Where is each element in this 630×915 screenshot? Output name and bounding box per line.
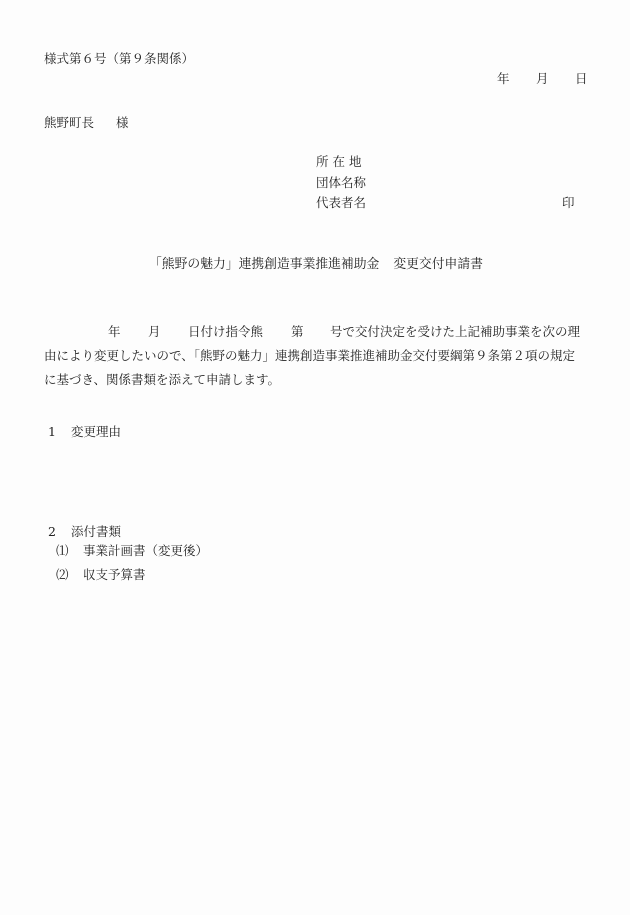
- attachment-item: ⑵収支予算書: [56, 569, 146, 582]
- applicant-org-row: 団体名称: [316, 177, 586, 198]
- section-heading: 変更理由: [71, 424, 121, 439]
- title-main: 「熊野の魅力」連携創造事業推進補助金: [149, 257, 379, 272]
- section-attachments: 2添付書類: [48, 526, 121, 539]
- applicant-block: 所 在 地 団体名称 代表者名 印: [316, 156, 586, 218]
- body-day-ref: 日付け指令熊: [188, 320, 291, 344]
- addressee-name: 熊野町長: [44, 115, 94, 130]
- attachment-label: 収支予算書: [83, 567, 146, 582]
- document-title: 「熊野の魅力」連携創造事業推進補助金変更交付申請書: [149, 259, 483, 272]
- body-number-prefix: 第: [291, 320, 330, 344]
- title-sub: 変更交付申請書: [393, 257, 483, 272]
- section-change-reason: 1変更理由: [48, 426, 121, 439]
- body-line-1: 年月日付け指令熊第号で交付決定を受けた上記補助事業を次の理: [44, 320, 592, 344]
- date-line: 年月日: [497, 73, 588, 86]
- body-line-2: 由により変更したいので、「熊野の魅力」連携創造事業推進補助金交付要綱第９条第２項…: [44, 344, 592, 368]
- seal-mark: 印: [562, 197, 575, 210]
- body-line-3: に基づき、関係書類を添えて申請します。: [44, 368, 592, 392]
- section-number: 2: [48, 526, 71, 539]
- attachment-number: ⑵: [56, 569, 83, 582]
- section-heading: 添付書類: [71, 524, 121, 539]
- org-name-label: 団体名称: [316, 175, 366, 190]
- applicant-representative-row: 代表者名 印: [316, 197, 586, 218]
- body-rest: 号で交付決定を受けた上記補助事業を次の理: [330, 320, 580, 344]
- date-day-label: 日: [575, 73, 588, 86]
- addressee: 熊野町長様: [44, 117, 129, 130]
- applicant-address-row: 所 在 地: [316, 156, 586, 177]
- section-number: 1: [48, 426, 71, 439]
- body-month: 月: [148, 320, 188, 344]
- attachment-number: ⑴: [56, 545, 83, 558]
- representative-label: 代表者名: [316, 195, 366, 210]
- attachment-label: 事業計画書（変更後）: [83, 543, 208, 558]
- address-label: 所 在 地: [316, 154, 361, 169]
- date-month-label: 月: [536, 73, 575, 86]
- addressee-honorific: 様: [116, 115, 129, 130]
- attachment-item: ⑴事業計画書（変更後）: [56, 545, 208, 558]
- form-number: 様式第６号（第９条関係）: [44, 53, 194, 66]
- body-paragraph: 年月日付け指令熊第号で交付決定を受けた上記補助事業を次の理 由により変更したいの…: [44, 320, 592, 392]
- body-year: 年: [108, 320, 148, 344]
- date-year-label: 年: [497, 73, 536, 86]
